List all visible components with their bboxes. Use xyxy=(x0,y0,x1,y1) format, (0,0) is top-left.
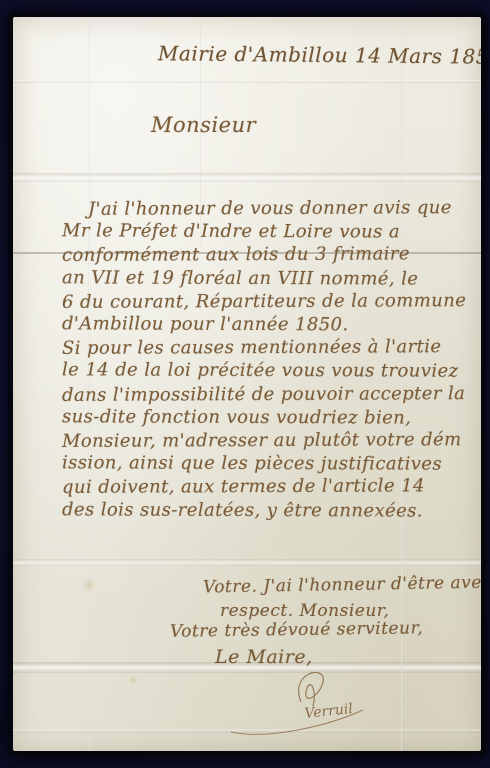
photo-background: Mairie d'Ambillou 14 Mars 1850 Monsieur … xyxy=(0,0,490,768)
body-line: dans l'impossibilité de pouvoir accepter… xyxy=(62,382,466,407)
fold-crease xyxy=(13,559,481,566)
body-line: sus-dite fonction vous voudriez bien, xyxy=(62,405,466,430)
body-line: ission, ainsi que les pièces justificati… xyxy=(62,452,466,477)
letter-body: J'ai l'honneur de vous donner avis que M… xyxy=(62,197,466,522)
body-line: d'Ambillou pour l'année 1850. xyxy=(62,312,466,337)
body-line: Monsieur, m'adresser au plutôt votre dém xyxy=(62,428,466,453)
body-line: des lois sus-relatées, y être annexées. xyxy=(62,498,466,523)
body-line: conformément aux lois du 3 frimaire xyxy=(62,243,466,268)
signature-flourish xyxy=(299,672,324,706)
closing-line: Votre. J'ai l'honneur d'être avec xyxy=(203,572,481,597)
letter-paper: Mairie d'Ambillou 14 Mars 1850 Monsieur … xyxy=(13,17,481,751)
body-line: 6 du courant, Répartiteurs de la commune xyxy=(62,289,466,314)
body-line: le 14 de la loi précitée vous vous trouv… xyxy=(62,359,466,384)
body-line: Mr le Préfet d'Indre et Loire vous a xyxy=(62,219,466,244)
fold-crease xyxy=(13,80,481,83)
fold-crease xyxy=(13,173,481,182)
paper-stain xyxy=(127,675,139,684)
salutation: Monsieur xyxy=(151,113,256,137)
closing-line: respect. Monsieur, xyxy=(220,601,389,621)
closing-line: Votre très dévoué serviteur, xyxy=(170,618,423,642)
body-line: J'ai l'honneur de vous donner avis que xyxy=(62,196,466,221)
body-line: an VII et 19 floréal an VIII nommé, le xyxy=(62,266,466,291)
paper-stain xyxy=(81,579,97,591)
signature-name: Verruil xyxy=(304,701,354,722)
dateline: Mairie d'Ambillou 14 Mars 1850 xyxy=(158,41,481,69)
body-line: Si pour les causes mentionnées à l'artie xyxy=(62,335,466,360)
signature: Verruil xyxy=(213,662,388,751)
body-line: qui doivent, aux termes de l'article 14 xyxy=(62,475,466,500)
